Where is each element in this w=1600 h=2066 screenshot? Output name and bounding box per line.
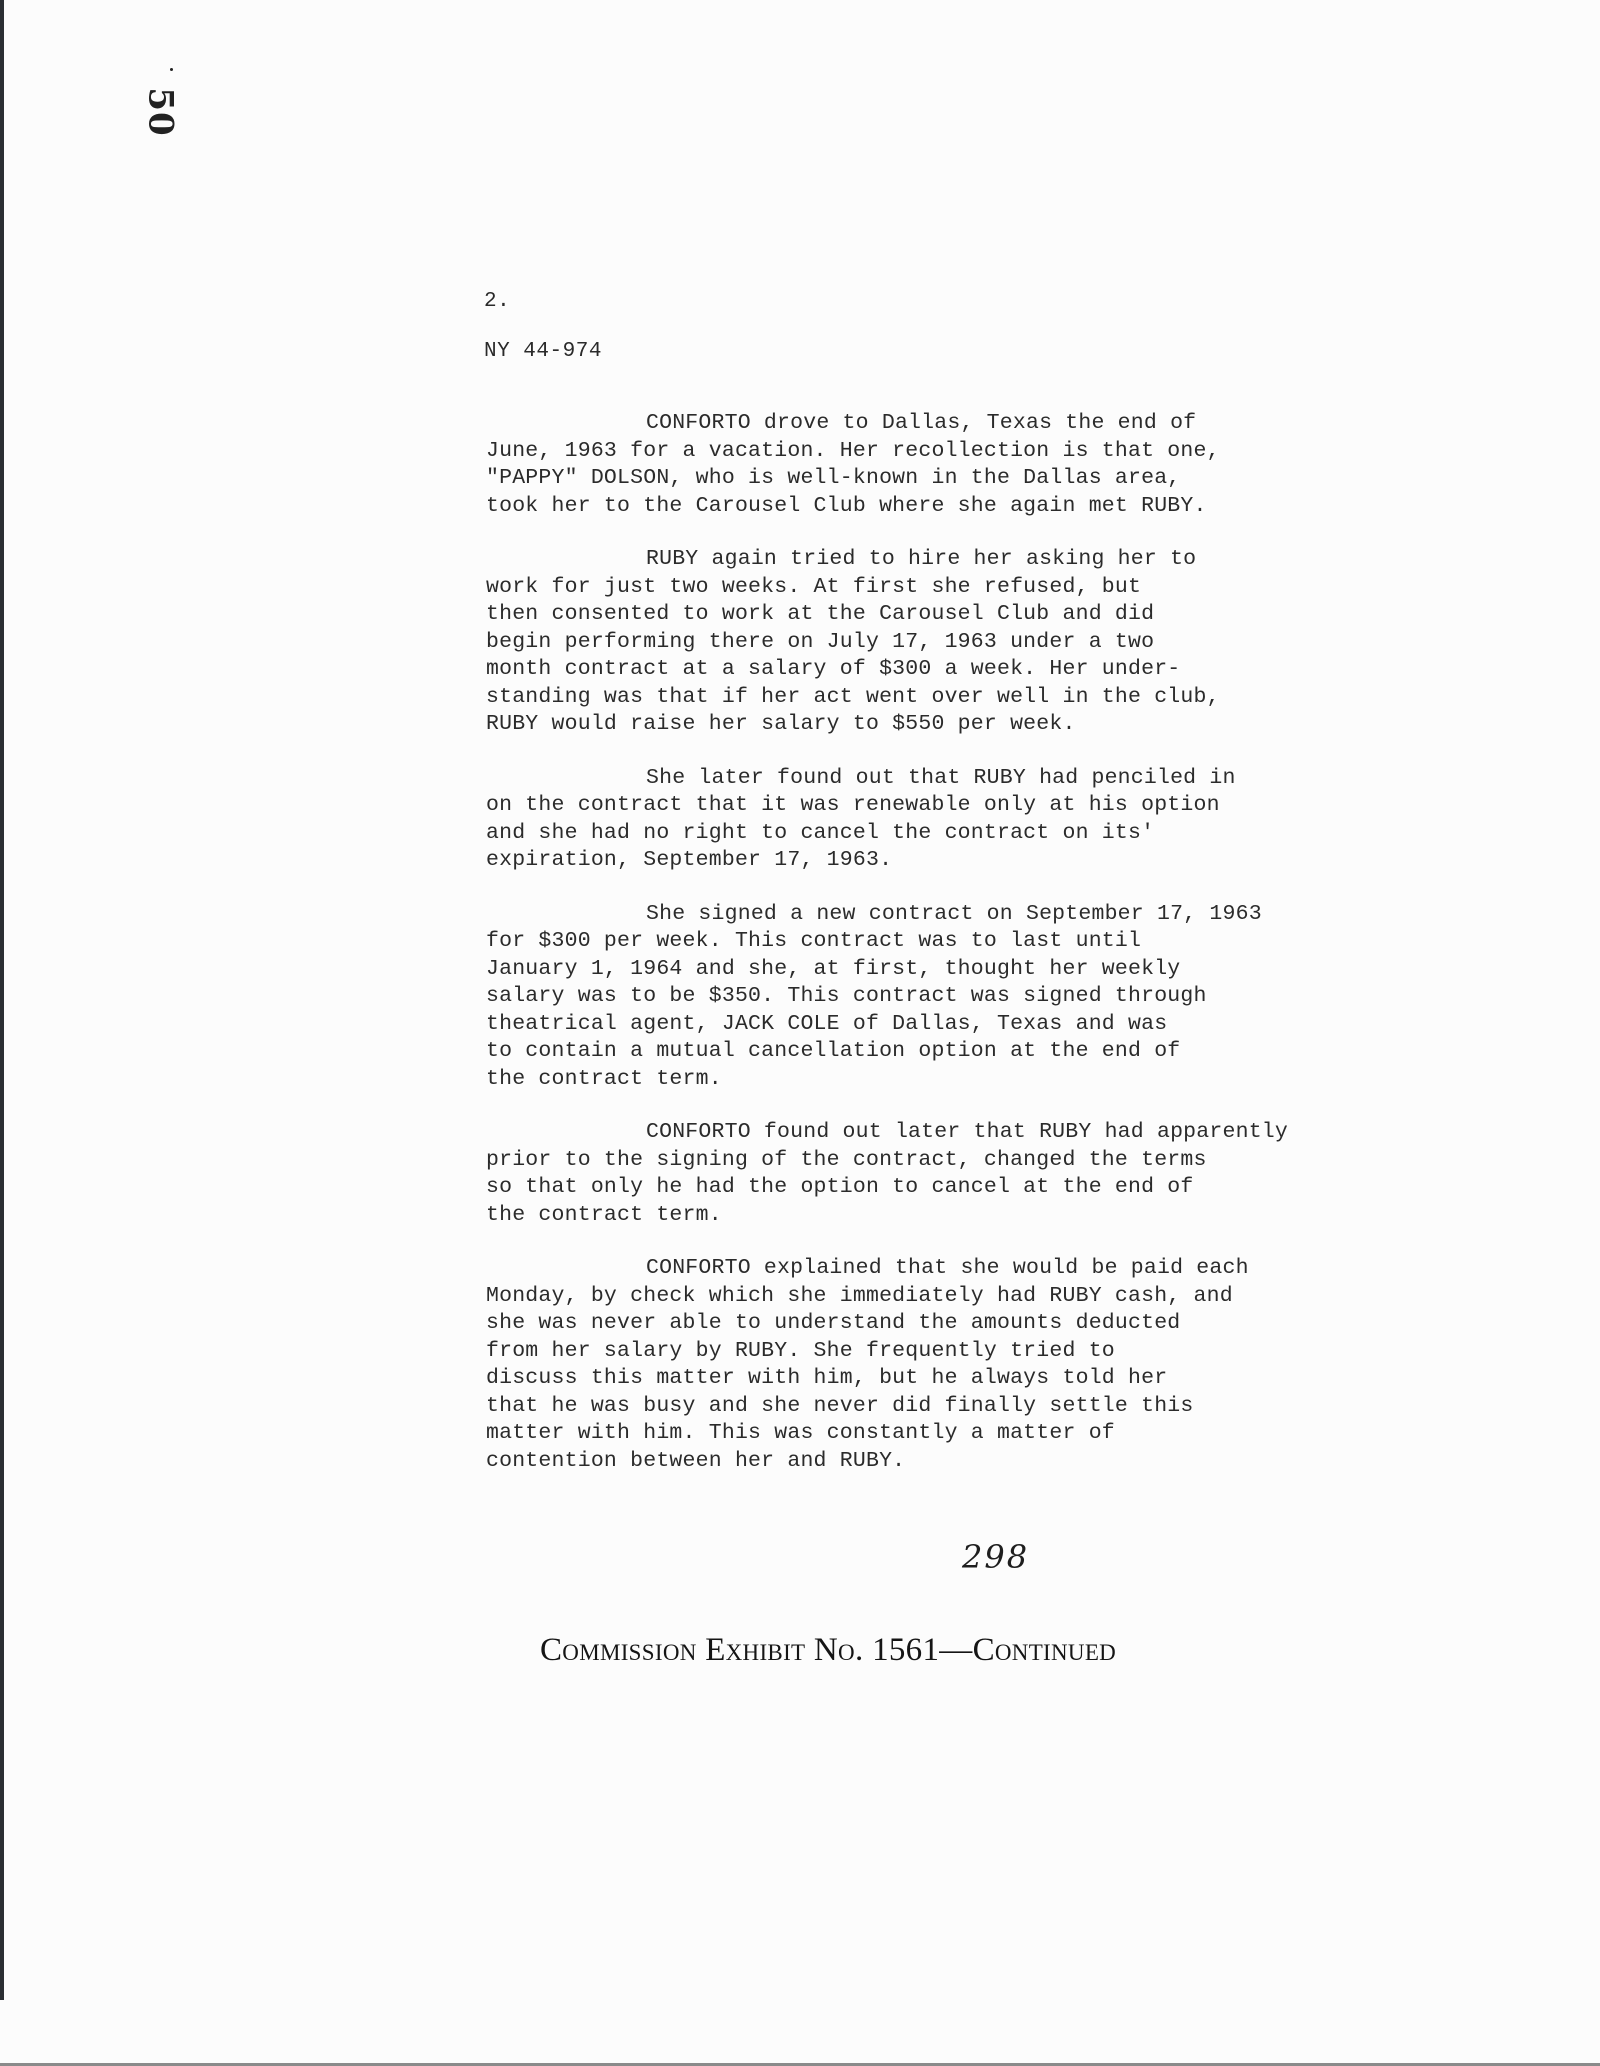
paragraph: She later found out that RUBY had pencil… xyxy=(486,765,1446,875)
paragraph: CONFORTO drove to Dallas, Texas the end … xyxy=(486,410,1446,520)
document-page: 50 2. NY 44-974 CONFORTO drove to Dallas… xyxy=(0,0,1600,2066)
paragraph: CONFORTO found out later that RUBY had a… xyxy=(486,1119,1446,1229)
paragraph: CONFORTO explained that she would be pai… xyxy=(486,1255,1446,1475)
document-body: CONFORTO drove to Dallas, Texas the end … xyxy=(486,410,1446,1501)
scan-edge-left xyxy=(0,0,4,2000)
exhibit-caption: Commission Exhibit No. 1561—Continued xyxy=(540,1632,1116,1669)
paragraph: She signed a new contract on September 1… xyxy=(486,901,1446,1094)
file-number: NY 44-974 xyxy=(484,340,602,363)
paragraph: RUBY again tried to hire her asking her … xyxy=(486,546,1446,739)
handwritten-page-number: 298 xyxy=(962,1538,1029,1576)
margin-mark xyxy=(170,68,173,71)
page-number: 2. xyxy=(484,290,510,313)
margin-stamp-number: 50 xyxy=(141,87,181,136)
